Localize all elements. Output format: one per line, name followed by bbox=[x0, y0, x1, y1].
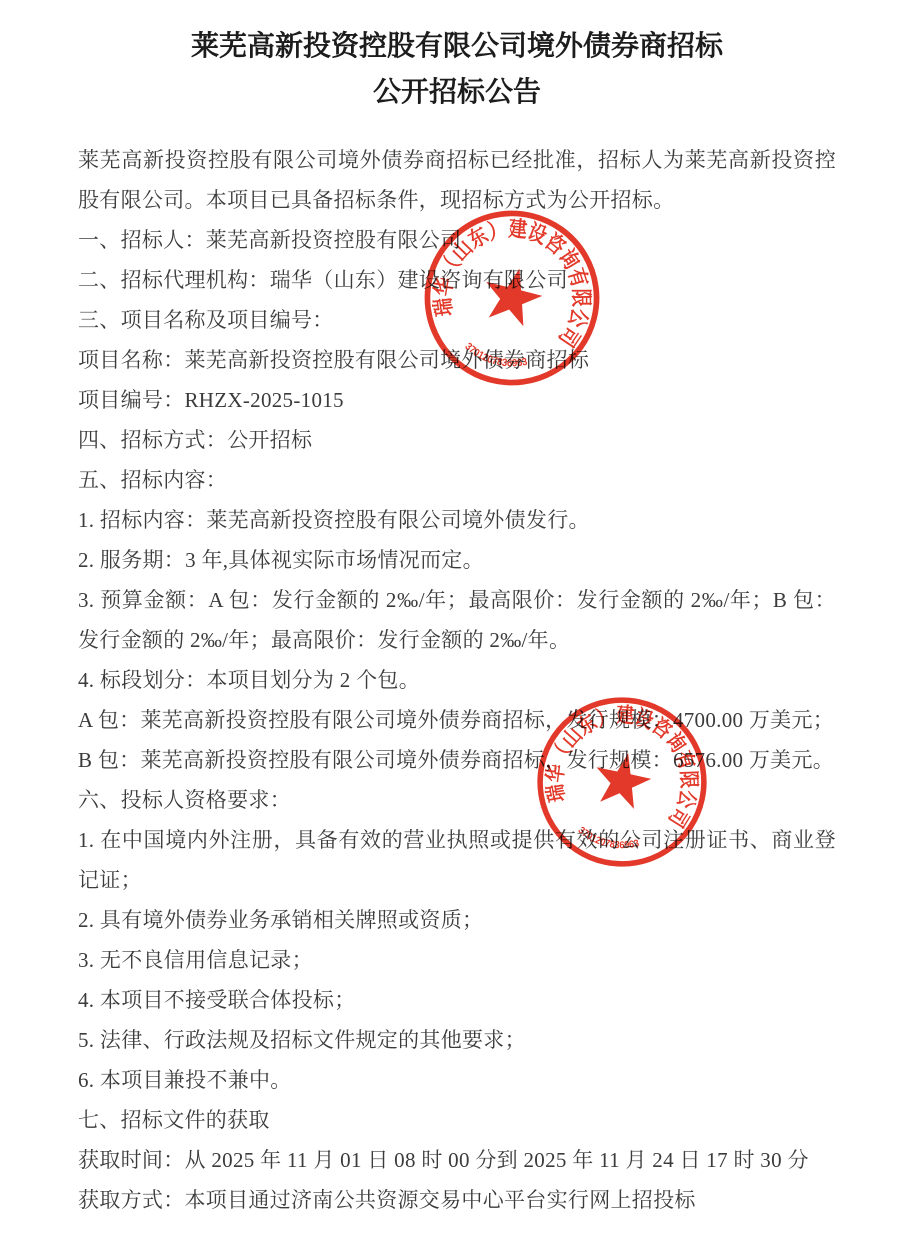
paragraph-bid-method: 四、招标方式：公开招标 bbox=[78, 420, 836, 460]
document-title: 莱芜高新投资控股有限公司境外债券商招标 公开招标公告 bbox=[0, 0, 914, 116]
paragraph-obtain-method: 获取方式：本项目通过济南公共资源交易中心平台实行网上招投标 bbox=[78, 1180, 836, 1220]
paragraph-qualification-2: 2. 具有境外债券业务承销相关牌照或资质； bbox=[78, 900, 836, 940]
paragraph-bid-content: 1. 招标内容：莱芜高新投资控股有限公司境外债发行。 bbox=[78, 500, 836, 540]
paragraph-qualification-1: 1. 在中国境内外注册，具备有效的营业执照或提供有效的公司注册证书、商业登记证； bbox=[78, 820, 836, 900]
paragraph-qualification-6: 6. 本项目兼投不兼中。 bbox=[78, 1060, 836, 1100]
document-page: 莱芜高新投资控股有限公司境外债券商招标 公开招标公告 莱芜高新投资控股有限公司境… bbox=[0, 0, 914, 1260]
document-body: 莱芜高新投资控股有限公司境外债券商招标已经批准，招标人为莱芜高新投资控股有限公司… bbox=[78, 140, 836, 1220]
paragraph-document-obtain-heading: 七、招标文件的获取 bbox=[78, 1100, 836, 1140]
paragraph-intro: 莱芜高新投资控股有限公司境外债券商招标已经批准，招标人为莱芜高新投资控股有限公司… bbox=[78, 140, 836, 220]
paragraph-lot-a: A 包：莱芜高新投资控股有限公司境外债券商招标，发行规模：4700.00 万美元… bbox=[78, 700, 836, 740]
title-line-2: 公开招标公告 bbox=[0, 70, 914, 116]
paragraph-lot-b: B 包：莱芜高新投资控股有限公司境外债券商招标，发行规模：6576.00 万美元… bbox=[78, 740, 836, 780]
paragraph-service-period: 2. 服务期：3 年,具体视实际市场情况而定。 bbox=[78, 540, 836, 580]
paragraph-lot-division: 4. 标段划分：本项目划分为 2 个包。 bbox=[78, 660, 836, 700]
paragraph-bid-content-heading: 五、招标内容： bbox=[78, 460, 836, 500]
paragraph-project-heading: 三、项目名称及项目编号： bbox=[78, 300, 836, 340]
paragraph-qualification-3: 3. 无不良信用信息记录； bbox=[78, 940, 836, 980]
paragraph-qualification-4: 4. 本项目不接受联合体投标； bbox=[78, 980, 836, 1020]
paragraph-qualification-5: 5. 法律、行政法规及招标文件规定的其他要求； bbox=[78, 1020, 836, 1060]
paragraph-budget: 3. 预算金额：A 包：发行金额的 2‰/年；最高限价：发行金额的 2‰/年；B… bbox=[78, 580, 836, 660]
paragraph-project-name: 项目名称：莱芜高新投资控股有限公司境外债券商招标 bbox=[78, 340, 836, 380]
title-line-1: 莱芜高新投资控股有限公司境外债券商招标 bbox=[0, 24, 914, 70]
paragraph-obtain-time: 获取时间：从 2025 年 11 月 01 日 08 时 00 分到 2025 … bbox=[78, 1140, 836, 1180]
paragraph-qualification-heading: 六、投标人资格要求： bbox=[78, 780, 836, 820]
paragraph-bidder: 一、招标人：莱芜高新投资控股有限公司 bbox=[78, 220, 836, 260]
paragraph-agency: 二、招标代理机构：瑞华（山东）建设咨询有限公司 bbox=[78, 260, 836, 300]
paragraph-project-number: 项目编号：RHZX-2025-1015 bbox=[78, 380, 836, 420]
